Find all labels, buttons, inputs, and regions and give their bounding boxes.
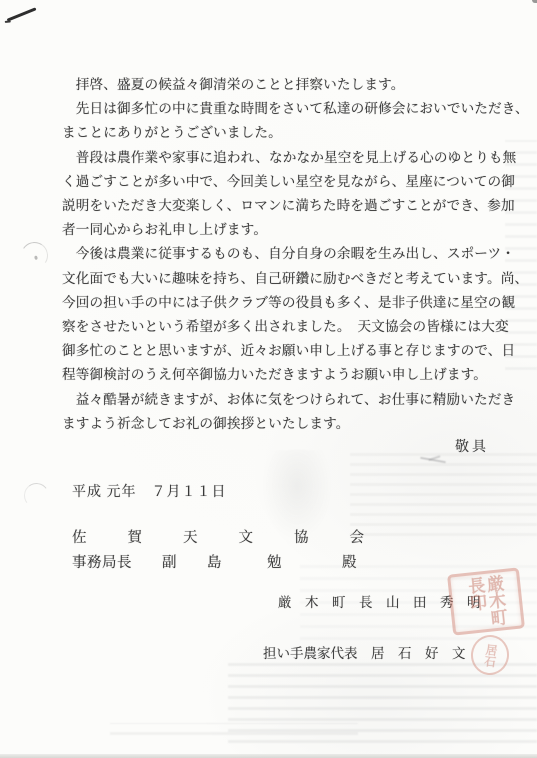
body-line: 今後は農業に従事するものも、自分自身の余暇を生み出し、スポーツ・ (62, 242, 530, 266)
farmer-representative-red-seal: 居石 (469, 633, 512, 677)
scan-bottom-edge (0, 754, 537, 758)
closing-keigu: 敬具 (455, 436, 489, 456)
bleedthrough-bottom-left (110, 723, 358, 735)
punch-hole-mark-top (18, 239, 50, 271)
mayor-red-seal: 厳木町長印 (447, 567, 525, 635)
scanned-letter-page: 拝啓、盛夏の候益々御清栄のことと拝察いたします。 先日は御多忙の中に貴重な時間を… (0, 0, 537, 758)
punch-hole-mark-bottom (22, 481, 50, 509)
body-line: 拝啓、盛夏の候益々御清栄のことと拝察いたします。 (62, 73, 530, 97)
smudge-artifact (420, 457, 446, 463)
body-line: 普段は農作業や家事に追われ、なかなか星空を見上げる心のゆとりも無 (62, 146, 530, 170)
date-line: 平成 元年 ７月１１日 (72, 481, 227, 501)
corner-scan-speck (532, 0, 537, 3)
body-line: 先日は御多忙の中に貴重な時間をさいて私達の研修会においでいただき、 (62, 97, 530, 121)
body-line: 説明をいただき大変楽しく、ロマンに満ちた時を過ごすことができ、参加 (62, 194, 530, 218)
pen-stroke-artifact (7, 7, 37, 21)
recipient-organization: 佐賀天文協会 (72, 526, 405, 547)
body-line: 益々酷暑が続きますが、お体に気をつけられて、お仕事に精励いただき (62, 388, 530, 412)
bleedthrough-under-closing (350, 446, 537, 536)
body-line: まことにありがとうございました。 (62, 121, 530, 145)
body-line: 今回の担い手の中には子供クラブ等の役員も多く、是非子供達に星空の観 (62, 291, 530, 315)
farmer-seal-text: 居石 (483, 643, 498, 667)
recipient-name-line: 事務局長 副 島 勉 殿 (72, 551, 357, 572)
body-line: 御多忙のことと思いますが、近々お願い申し上げる事と存じますので、日 (62, 339, 530, 363)
body-line: 文化面でも大いに趣味を持ち、自己研鑽に励むべきだと考えています。尚、 (62, 267, 530, 291)
body-line: ますよう祈念してお礼の御挨拶といたします。 (62, 412, 530, 436)
body-line: 者一同心からお礼申し上げます。 (62, 218, 530, 242)
letter-body: 拝啓、盛夏の候益々御清栄のことと拝察いたします。 先日は御多忙の中に貴重な時間を… (62, 73, 530, 436)
body-line: 程等御検討のうえ何卒御協力いただきますようお願い申し上げます。 (62, 363, 530, 387)
body-line: 察をさせたいという希望が多く出されました。 天文協会の皆様には大変 (62, 315, 530, 339)
signature-farmer-representative: 担い手農家代表 居 石 好 文 (263, 642, 466, 662)
mayor-seal-text: 厳木町長印 (464, 574, 507, 630)
body-line: く過ごすことが多い中で、今回美しい星空を見ながら、星座についての御 (62, 170, 530, 194)
